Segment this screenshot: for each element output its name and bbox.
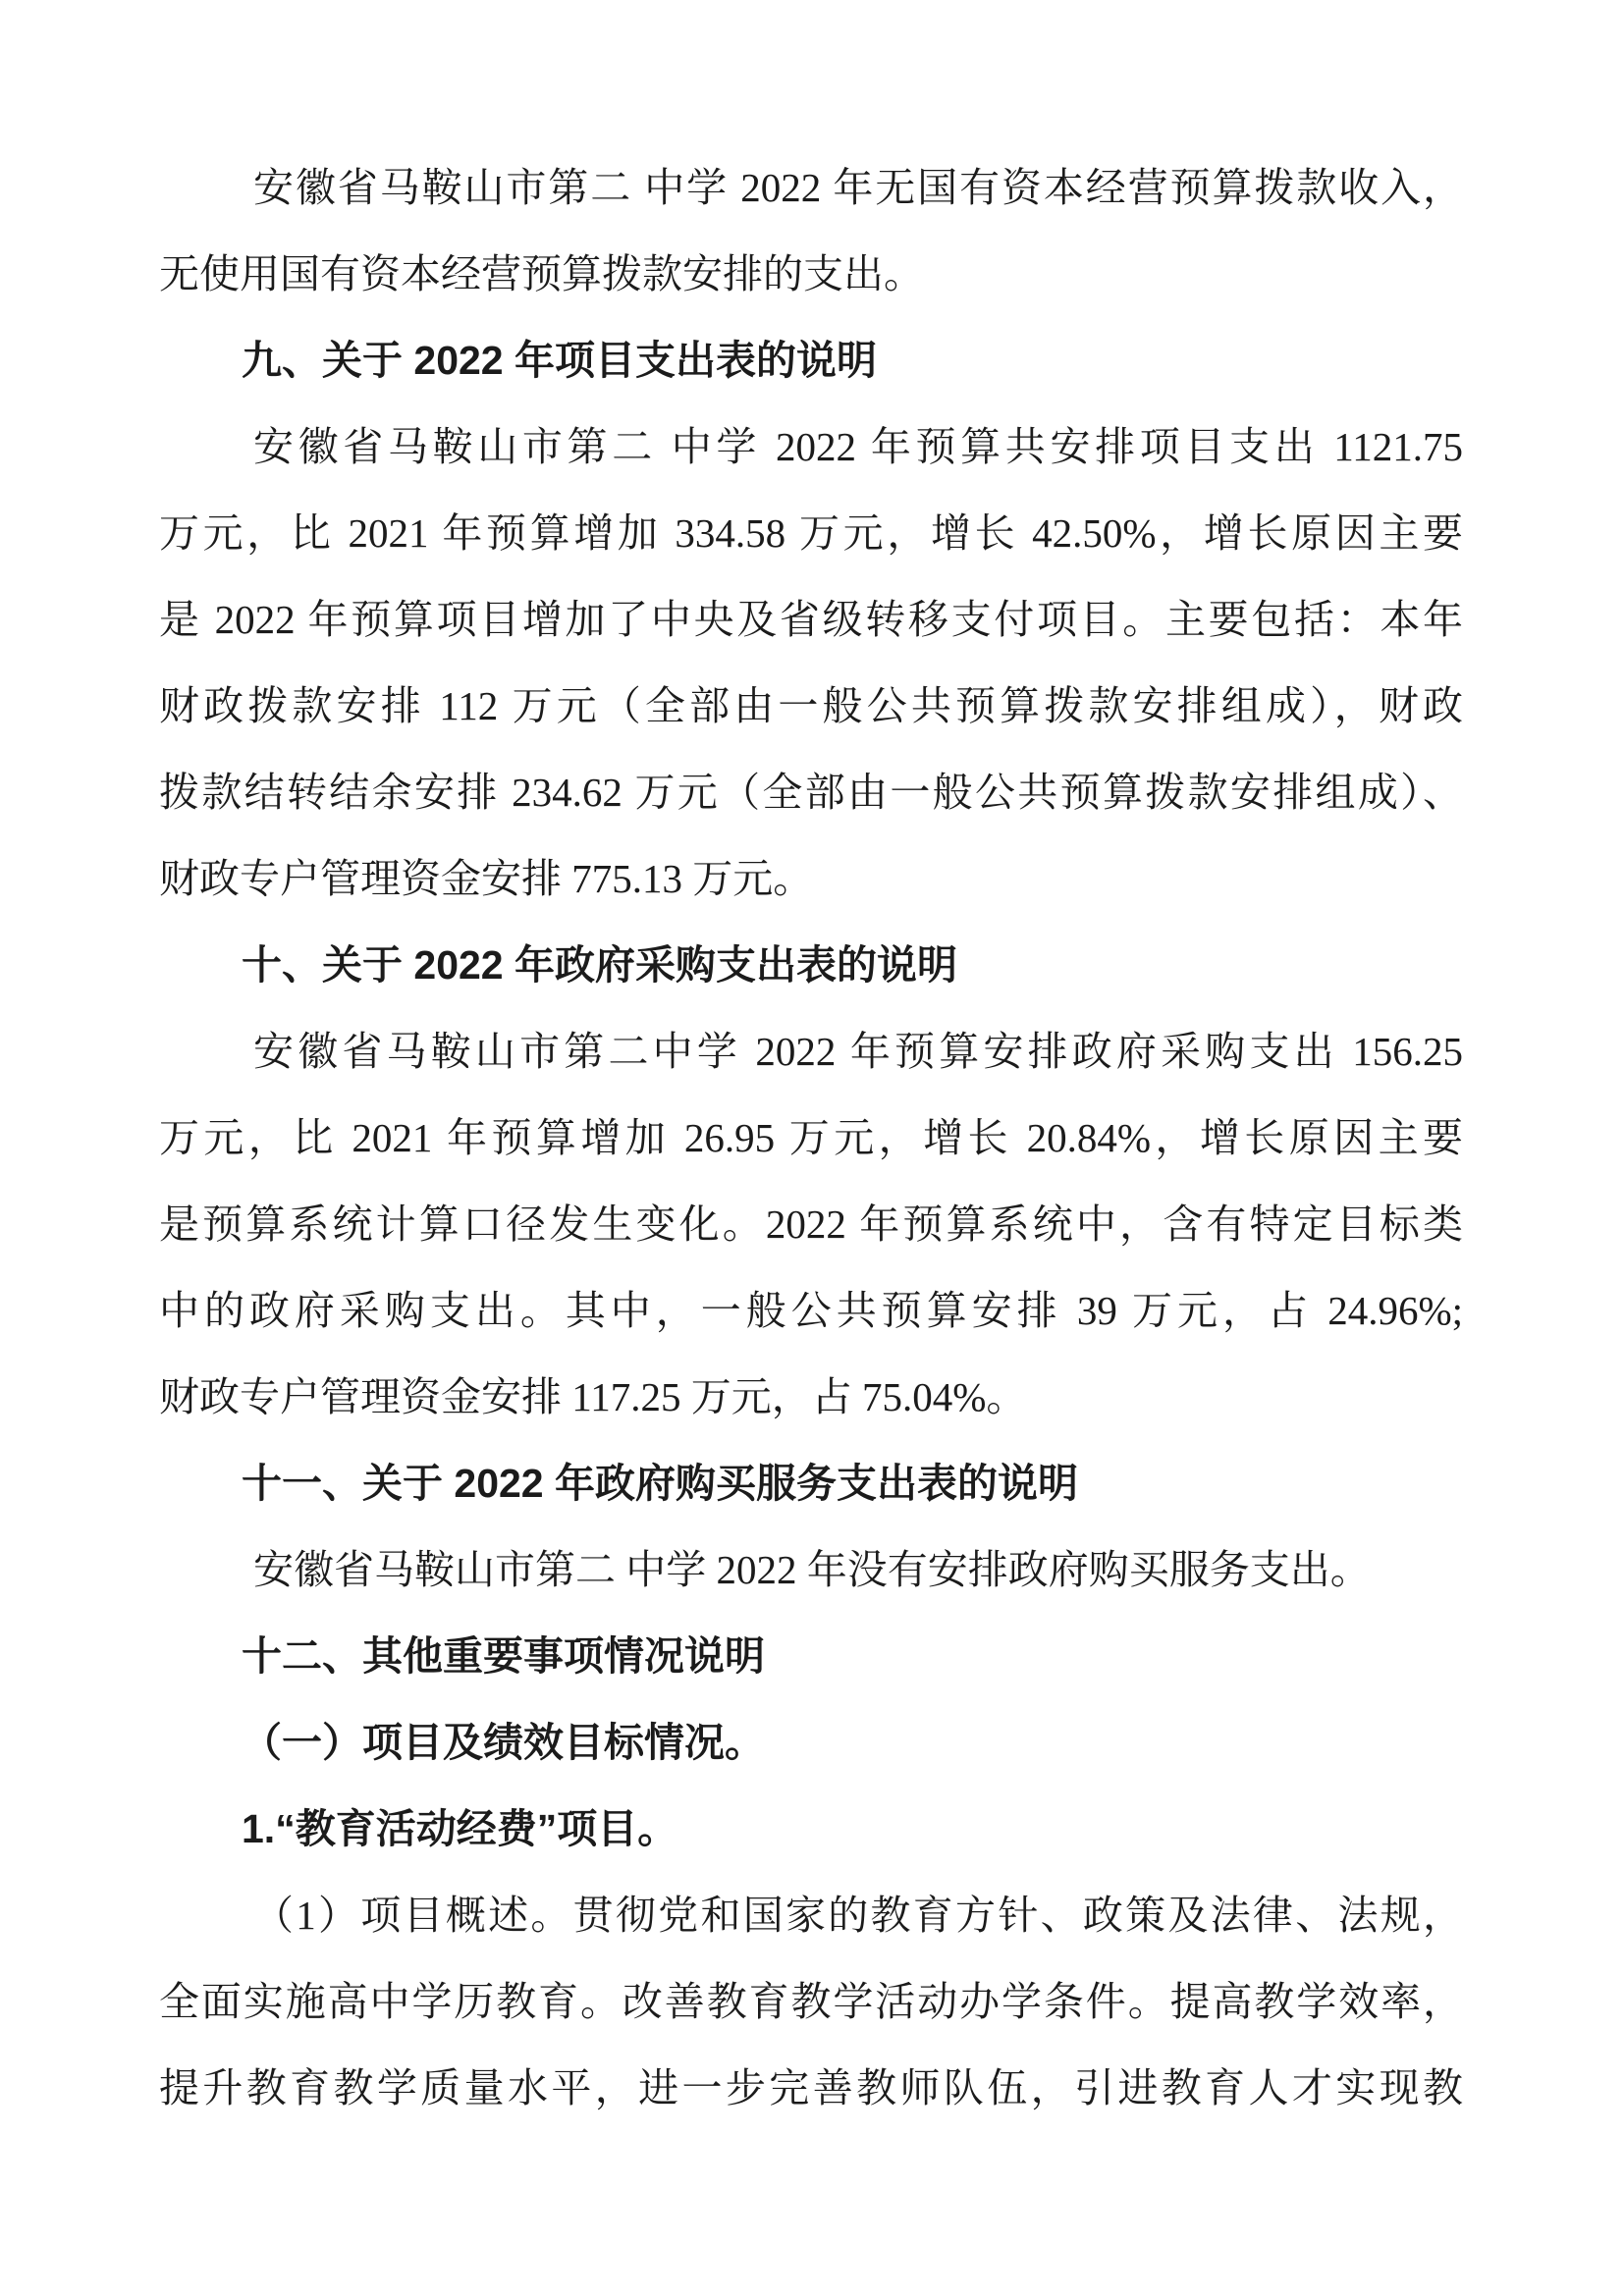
text-line: 财政专户管理资金安排 117.25 万元，占 75.04%。 bbox=[159, 1354, 1463, 1440]
text-line: 无使用国有资本经营预算拨款安排的支出。 bbox=[159, 231, 1463, 317]
text-line: 十、关于 2022 年政府采购支出表的说明 bbox=[159, 922, 1463, 1008]
heading-paragraph-8: 十二、其他重要事项情况说明 bbox=[159, 1613, 1463, 1699]
text-line: （一）项目及绩效目标情况。 bbox=[159, 1699, 1463, 1786]
text-line: （1）项目概述。贯彻党和国家的教育方针、政策及法律、法规， bbox=[159, 1872, 1463, 1958]
heading-paragraph-6: 十一、关于 2022 年政府购买服务支出表的说明 bbox=[159, 1440, 1463, 1526]
body-paragraph-3: 安徽省马鞍山市第二 中学 2022 年预算共安排项目支出 1121.75万元，比… bbox=[159, 403, 1463, 922]
text-line: 万元，比 2021 年预算增加 334.58 万元，增长 42.50%，增长原因… bbox=[159, 490, 1463, 576]
text-line: 提升教育教学质量水平，进一步完善教师队伍，引进教育人才实现教 bbox=[159, 2045, 1463, 2131]
body-paragraph-5: 安徽省马鞍山市第二中学 2022 年预算安排政府采购支出 156.25万元，比 … bbox=[159, 1008, 1463, 1440]
body-paragraph-11: （1）项目概述。贯彻党和国家的教育方针、政策及法律、法规，全面实施高中学历教育。… bbox=[159, 1872, 1463, 2131]
body-paragraph-1: 安徽省马鞍山市第二 中学 2022 年无国有资本经营预算拨款收入，无使用国有资本… bbox=[159, 144, 1463, 317]
text-line: 九、关于 2022 年项目支出表的说明 bbox=[159, 317, 1463, 403]
heading-paragraph-2: 九、关于 2022 年项目支出表的说明 bbox=[159, 317, 1463, 403]
text-line: 财政专户管理资金安排 775.13 万元。 bbox=[159, 835, 1463, 922]
text-line: 财政拨款安排 112 万元（全部由一般公共预算拨款安排组成），财政 bbox=[159, 663, 1463, 749]
heading-paragraph-9: （一）项目及绩效目标情况。 bbox=[159, 1699, 1463, 1786]
text-line: 中的政府采购支出。其中，一般公共预算安排 39 万元，占 24.96%; bbox=[159, 1267, 1463, 1354]
text-line: 安徽省马鞍山市第二 中学 2022 年预算共安排项目支出 1121.75 bbox=[159, 403, 1463, 490]
heading-paragraph-10: 1.“教育活动经费”项目。 bbox=[159, 1786, 1463, 1872]
document-page: 安徽省马鞍山市第二 中学 2022 年无国有资本经营预算拨款收入，无使用国有资本… bbox=[0, 0, 1624, 2296]
text-line: 安徽省马鞍山市第二中学 2022 年预算安排政府采购支出 156.25 bbox=[159, 1008, 1463, 1095]
text-line: 是预算系统计算口径发生变化。2022 年预算系统中，含有特定目标类 bbox=[159, 1181, 1463, 1267]
text-line: 十二、其他重要事项情况说明 bbox=[159, 1613, 1463, 1699]
text-line: 拨款结转结余安排 234.62 万元（全部由一般公共预算拨款安排组成）、 bbox=[159, 749, 1463, 835]
heading-paragraph-4: 十、关于 2022 年政府采购支出表的说明 bbox=[159, 922, 1463, 1008]
text-line: 安徽省马鞍山市第二 中学 2022 年无国有资本经营预算拨款收入， bbox=[159, 144, 1463, 231]
text-line: 是 2022 年预算项目增加了中央及省级转移支付项目。主要包括：本年 bbox=[159, 576, 1463, 663]
text-line: 安徽省马鞍山市第二 中学 2022 年没有安排政府购买服务支出。 bbox=[159, 1526, 1463, 1613]
text-line: 十一、关于 2022 年政府购买服务支出表的说明 bbox=[159, 1440, 1463, 1526]
text-line: 1.“教育活动经费”项目。 bbox=[159, 1786, 1463, 1872]
text-line: 全面实施高中学历教育。改善教育教学活动办学条件。提高教学效率， bbox=[159, 1958, 1463, 2045]
text-line: 万元，比 2021 年预算增加 26.95 万元，增长 20.84%，增长原因主… bbox=[159, 1095, 1463, 1181]
paragraphs: 安徽省马鞍山市第二 中学 2022 年无国有资本经营预算拨款收入，无使用国有资本… bbox=[159, 144, 1463, 2131]
body-paragraph-7: 安徽省马鞍山市第二 中学 2022 年没有安排政府购买服务支出。 bbox=[159, 1526, 1463, 1613]
